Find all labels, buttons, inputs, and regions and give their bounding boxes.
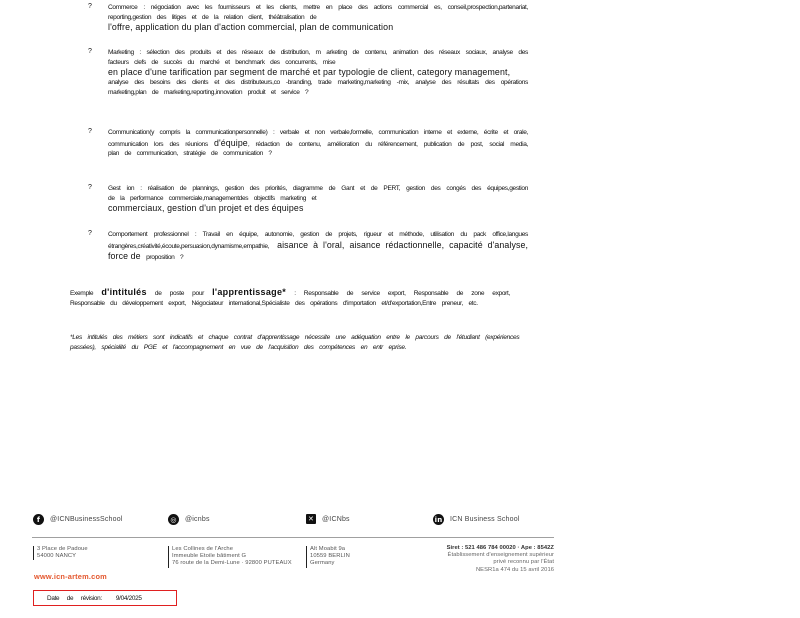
skill-label: Gest ion <box>108 185 134 192</box>
social-link-linkedin[interactable]: in ICN Business School <box>433 514 520 525</box>
bullet-marker: ? <box>88 48 92 55</box>
social-link-facebook[interactable]: f @ICNBusinessSchool <box>33 514 123 525</box>
skill-label: Comportement professionnel <box>108 231 188 238</box>
social-link-x[interactable]: ✕ @ICNbs <box>306 514 350 524</box>
address-berlin: Alt Moabit 9a 10559 BERLIN Germany <box>306 546 350 568</box>
bullet-marker: ? <box>88 230 92 237</box>
revision-value: 9/04/2025 <box>116 595 142 602</box>
skill-description: Commerce : négociation avec les fourniss… <box>108 3 528 33</box>
job-title-examples: Exemple d'intitulés de poste pour l'appr… <box>70 287 510 309</box>
skill-item-comportement: ? Comportement professionnel : Travail e… <box>88 230 528 263</box>
skill-item-commerce: ? Commerce : négociation avec les fourni… <box>88 3 528 33</box>
social-links-bar: f @ICNBusinessSchool ◎ @icnbs ✕ @ICNbs i… <box>0 514 800 530</box>
footer-divider <box>32 537 554 538</box>
footnote: *Les intitulés des métiers sont indicati… <box>70 333 520 353</box>
legal-info: Siret : 521 486 784 00020 · Ape : 8542Z … <box>414 545 554 574</box>
address-puteaux: Les Collines de l'Arche Immeuble Etoile … <box>168 546 292 568</box>
bullet-marker: ? <box>88 128 92 135</box>
facebook-icon: f <box>33 514 44 525</box>
address-nancy: 3 Place de Padoue 54000 NANCY <box>33 546 88 560</box>
skill-item-communication: ? Communication(y compris la communicati… <box>88 128 528 159</box>
skill-label: Communication(y compris la communication… <box>108 129 267 136</box>
skill-description: Communication(y compris la communication… <box>108 128 528 159</box>
linkedin-icon: in <box>433 514 444 525</box>
skill-label: Marketing <box>108 49 134 56</box>
bullet-marker: ? <box>88 184 92 191</box>
social-link-instagram[interactable]: ◎ @icnbs <box>168 514 210 525</box>
skill-item-gestion: ? Gest ion : réalisation de plannings, g… <box>88 184 528 214</box>
revision-label: Date de révision: <box>47 595 102 602</box>
revision-date-box: Date de révision: 9/04/2025 <box>33 590 177 606</box>
x-twitter-icon: ✕ <box>306 514 316 524</box>
skill-item-marketing: ? Marketing : sélection des produits et … <box>88 48 528 97</box>
document-page: ? Commerce : négociation avec les fourni… <box>0 0 800 618</box>
skill-label: Commerce <box>108 4 137 11</box>
instagram-icon: ◎ <box>168 514 179 525</box>
skill-description: Gest ion : réalisation de plannings, ges… <box>108 184 528 214</box>
skill-description: Marketing : sélection des produits et de… <box>108 48 528 97</box>
skill-description: Comportement professionnel : Travail en … <box>108 230 528 263</box>
website-link[interactable]: www.icn-artem.com <box>34 572 107 581</box>
bullet-marker: ? <box>88 3 92 10</box>
